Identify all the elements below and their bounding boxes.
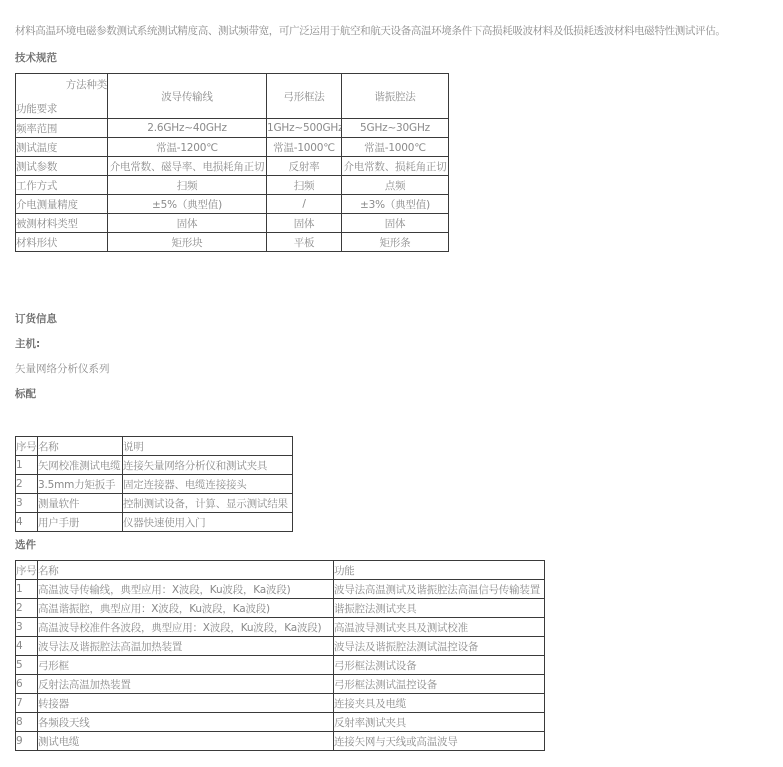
optional-cell: 1	[16, 580, 38, 599]
table-row: 3高温波导校准件各波段，典型应用：X波段，Ku波段，Ka波段)高温波导测试夹具及…	[16, 618, 545, 637]
table-row: 7转接器连接夹具及电缆	[16, 694, 545, 713]
optional-cell: 7	[16, 694, 38, 713]
spec-cell: 矩形块	[108, 233, 267, 252]
optional-cell: 连接夹具及电缆	[334, 694, 545, 713]
optional-cell: 波导法高温测试及谐振腔法高温信号传输装置	[334, 580, 545, 599]
optional-cell: 弓形框法测试设备	[334, 656, 545, 675]
optional-cell: 反射率测试夹具	[334, 713, 545, 732]
table-row: 6反射法高温加热装置弓形框法测试温控设备	[16, 675, 545, 694]
spec-cell: 扫频	[108, 176, 267, 195]
spec-corner-cell: 方法种类 功能要求	[16, 74, 108, 119]
spec-row: 频率范围2.6GHz~40GHz1GHz~500GHz5GHz~30GHz	[16, 119, 449, 138]
optional-cell: 谐振腔法测试夹具	[334, 599, 545, 618]
spec-cell: 平板	[267, 233, 342, 252]
optional-cell: 8	[16, 713, 38, 732]
standard-cell: 用户手册	[38, 513, 123, 532]
spec-cell: 1GHz~500GHz	[267, 119, 342, 138]
table-row: 9测试电缆连接矢网与天线或高温波导	[16, 732, 545, 751]
standard-cell: 测量软件	[38, 494, 123, 513]
standard-cell: 固定连接器、电缆连接接头	[123, 475, 293, 494]
table-row: 5弓形框弓形框法测试设备	[16, 656, 545, 675]
optional-header-cell: 序号	[16, 561, 38, 580]
optional-cell: 高温波导测试夹具及测试校准	[334, 618, 545, 637]
table-row: 1矢网校准测试电缆连接矢量网络分析仪和测试夹具	[16, 456, 293, 475]
method-header: 弓形框法	[267, 74, 342, 119]
standard-header-cell: 说明	[123, 437, 293, 456]
spec-cell: 2.6GHz~40GHz	[108, 119, 267, 138]
standard-cell: 4	[16, 513, 38, 532]
optional-cell: 3	[16, 618, 38, 637]
spec-row: 介电测量精度±5%（典型值)/±3%（典型值)	[16, 195, 449, 214]
spec-cell: ±3%（典型值)	[342, 195, 449, 214]
spec-row-label: 测试温度	[16, 138, 108, 157]
standard-cell: 2	[16, 475, 38, 494]
spec-cell: 介电常数、损耗角正切	[342, 157, 449, 176]
spec-row: 被测材料类型固体固体固体	[16, 214, 449, 233]
optional-header-cell: 名称	[38, 561, 334, 580]
spec-row: 测试参数介电常数、磁导率、电损耗角正切反射率介电常数、损耗角正切	[16, 157, 449, 176]
spec-cell: 反射率	[267, 157, 342, 176]
method-header: 谐振腔法	[342, 74, 449, 119]
spec-row-label: 被测材料类型	[16, 214, 108, 233]
standard-header-cell: 名称	[38, 437, 123, 456]
table-row: 8各频段天线反射率测试夹具	[16, 713, 545, 732]
table-row: 3测量软件控制测试设备，计算、显示测试结果	[16, 494, 293, 513]
standard-cell: 控制测试设备，计算、显示测试结果	[123, 494, 293, 513]
optional-cell: 5	[16, 656, 38, 675]
method-header: 波导传输线	[108, 74, 267, 119]
table-row: 2高温谐振腔，典型应用：X波段，Ku波段，Ka波段)谐振腔法测试夹具	[16, 599, 545, 618]
optional-header-row: 序号名称功能	[16, 561, 545, 580]
spec-row: 材料形状矩形块平板矩形条	[16, 233, 449, 252]
intro-paragraph: 材料高温环境电磁参数测试系统测试精度高、测试频带宽，可广泛运用于航空和航天设备高…	[15, 23, 726, 38]
optional-cell: 弓形框	[38, 656, 334, 675]
standard-header-row: 序号名称说明	[16, 437, 293, 456]
spec-cell: 常温-1200℃	[108, 138, 267, 157]
optional-cell: 测试电缆	[38, 732, 334, 751]
optional-cell: 6	[16, 675, 38, 694]
optional-cell: 波导法及谐振腔法测试温控设备	[334, 637, 545, 656]
table-row: 4波导法及谐振腔法高温加热装置波导法及谐振腔法测试温控设备	[16, 637, 545, 656]
standard-cell: 仪器快速使用入门	[123, 513, 293, 532]
spec-cell: 常温-1000℃	[267, 138, 342, 157]
spec-table: 方法种类 功能要求 波导传输线 弓形框法 谐振腔法 频率范围2.6GHz~40G…	[15, 73, 449, 252]
optional-cell: 高温谐振腔，典型应用：X波段，Ku波段，Ka波段)	[38, 599, 334, 618]
optional-header-cell: 功能	[334, 561, 545, 580]
spec-cell: 点频	[342, 176, 449, 195]
optional-table: 序号名称功能1高温波导传输线，典型应用：X波段，Ku波段，Ka波段)波导法高温测…	[15, 560, 545, 751]
optional-cell: 9	[16, 732, 38, 751]
order-section-title: 订货信息	[15, 311, 57, 326]
corner-requirements-label: 功能要求	[16, 101, 57, 116]
optional-cell: 高温波导校准件各波段，典型应用：X波段，Ku波段，Ka波段)	[38, 618, 334, 637]
table-row: 23.5mm力矩扳手固定连接器、电缆连接接头	[16, 475, 293, 494]
spec-cell: /	[267, 195, 342, 214]
optional-cell: 弓形框法测试温控设备	[334, 675, 545, 694]
standard-config-table: 序号名称说明1矢网校准测试电缆连接矢量网络分析仪和测试夹具23.5mm力矩扳手固…	[15, 436, 293, 532]
table-row: 1高温波导传输线，典型应用：X波段，Ku波段，Ka波段)波导法高温测试及谐振腔法…	[16, 580, 545, 599]
spec-section-title: 技术规范	[15, 50, 57, 65]
optional-cell: 2	[16, 599, 38, 618]
spec-header-row: 方法种类 功能要求 波导传输线 弓形框法 谐振腔法	[16, 74, 449, 119]
spec-cell: 扫频	[267, 176, 342, 195]
standard-cell: 连接矢量网络分析仪和测试夹具	[123, 456, 293, 475]
standard-header-cell: 序号	[16, 437, 38, 456]
optional-cell: 波导法及谐振腔法高温加热装置	[38, 637, 334, 656]
spec-row-label: 介电测量精度	[16, 195, 108, 214]
spec-cell: 固体	[108, 214, 267, 233]
spec-cell: 矩形条	[342, 233, 449, 252]
corner-methods-label: 方法种类	[66, 77, 107, 92]
optional-cell: 高温波导传输线，典型应用：X波段，Ku波段，Ka波段)	[38, 580, 334, 599]
spec-cell: 介电常数、磁导率、电损耗角正切	[108, 157, 267, 176]
spec-row-label: 频率范围	[16, 119, 108, 138]
optional-cell: 4	[16, 637, 38, 656]
optional-cell: 反射法高温加热装置	[38, 675, 334, 694]
spec-cell: 5GHz~30GHz	[342, 119, 449, 138]
standard-cell: 1	[16, 456, 38, 475]
optional-cell: 转接器	[38, 694, 334, 713]
host-title: 主机:	[15, 336, 40, 351]
spec-cell: 固体	[267, 214, 342, 233]
optional-cell: 各频段天线	[38, 713, 334, 732]
spec-cell: 固体	[342, 214, 449, 233]
optional-cell: 连接矢网与天线或高温波导	[334, 732, 545, 751]
standard-section-title: 标配	[15, 386, 36, 401]
spec-cell: ±5%（典型值)	[108, 195, 267, 214]
spec-row: 测试温度常温-1200℃常温-1000℃常温-1000℃	[16, 138, 449, 157]
spec-row-label: 测试参数	[16, 157, 108, 176]
host-value: 矢量网络分析仪系列	[15, 361, 110, 376]
standard-cell: 3	[16, 494, 38, 513]
standard-cell: 矢网校准测试电缆	[38, 456, 123, 475]
spec-row: 工作方式扫频扫频点频	[16, 176, 449, 195]
spec-cell: 常温-1000℃	[342, 138, 449, 157]
standard-cell: 3.5mm力矩扳手	[38, 475, 123, 494]
table-row: 4用户手册仪器快速使用入门	[16, 513, 293, 532]
spec-row-label: 材料形状	[16, 233, 108, 252]
optional-section-title: 选件	[15, 537, 36, 552]
spec-row-label: 工作方式	[16, 176, 108, 195]
